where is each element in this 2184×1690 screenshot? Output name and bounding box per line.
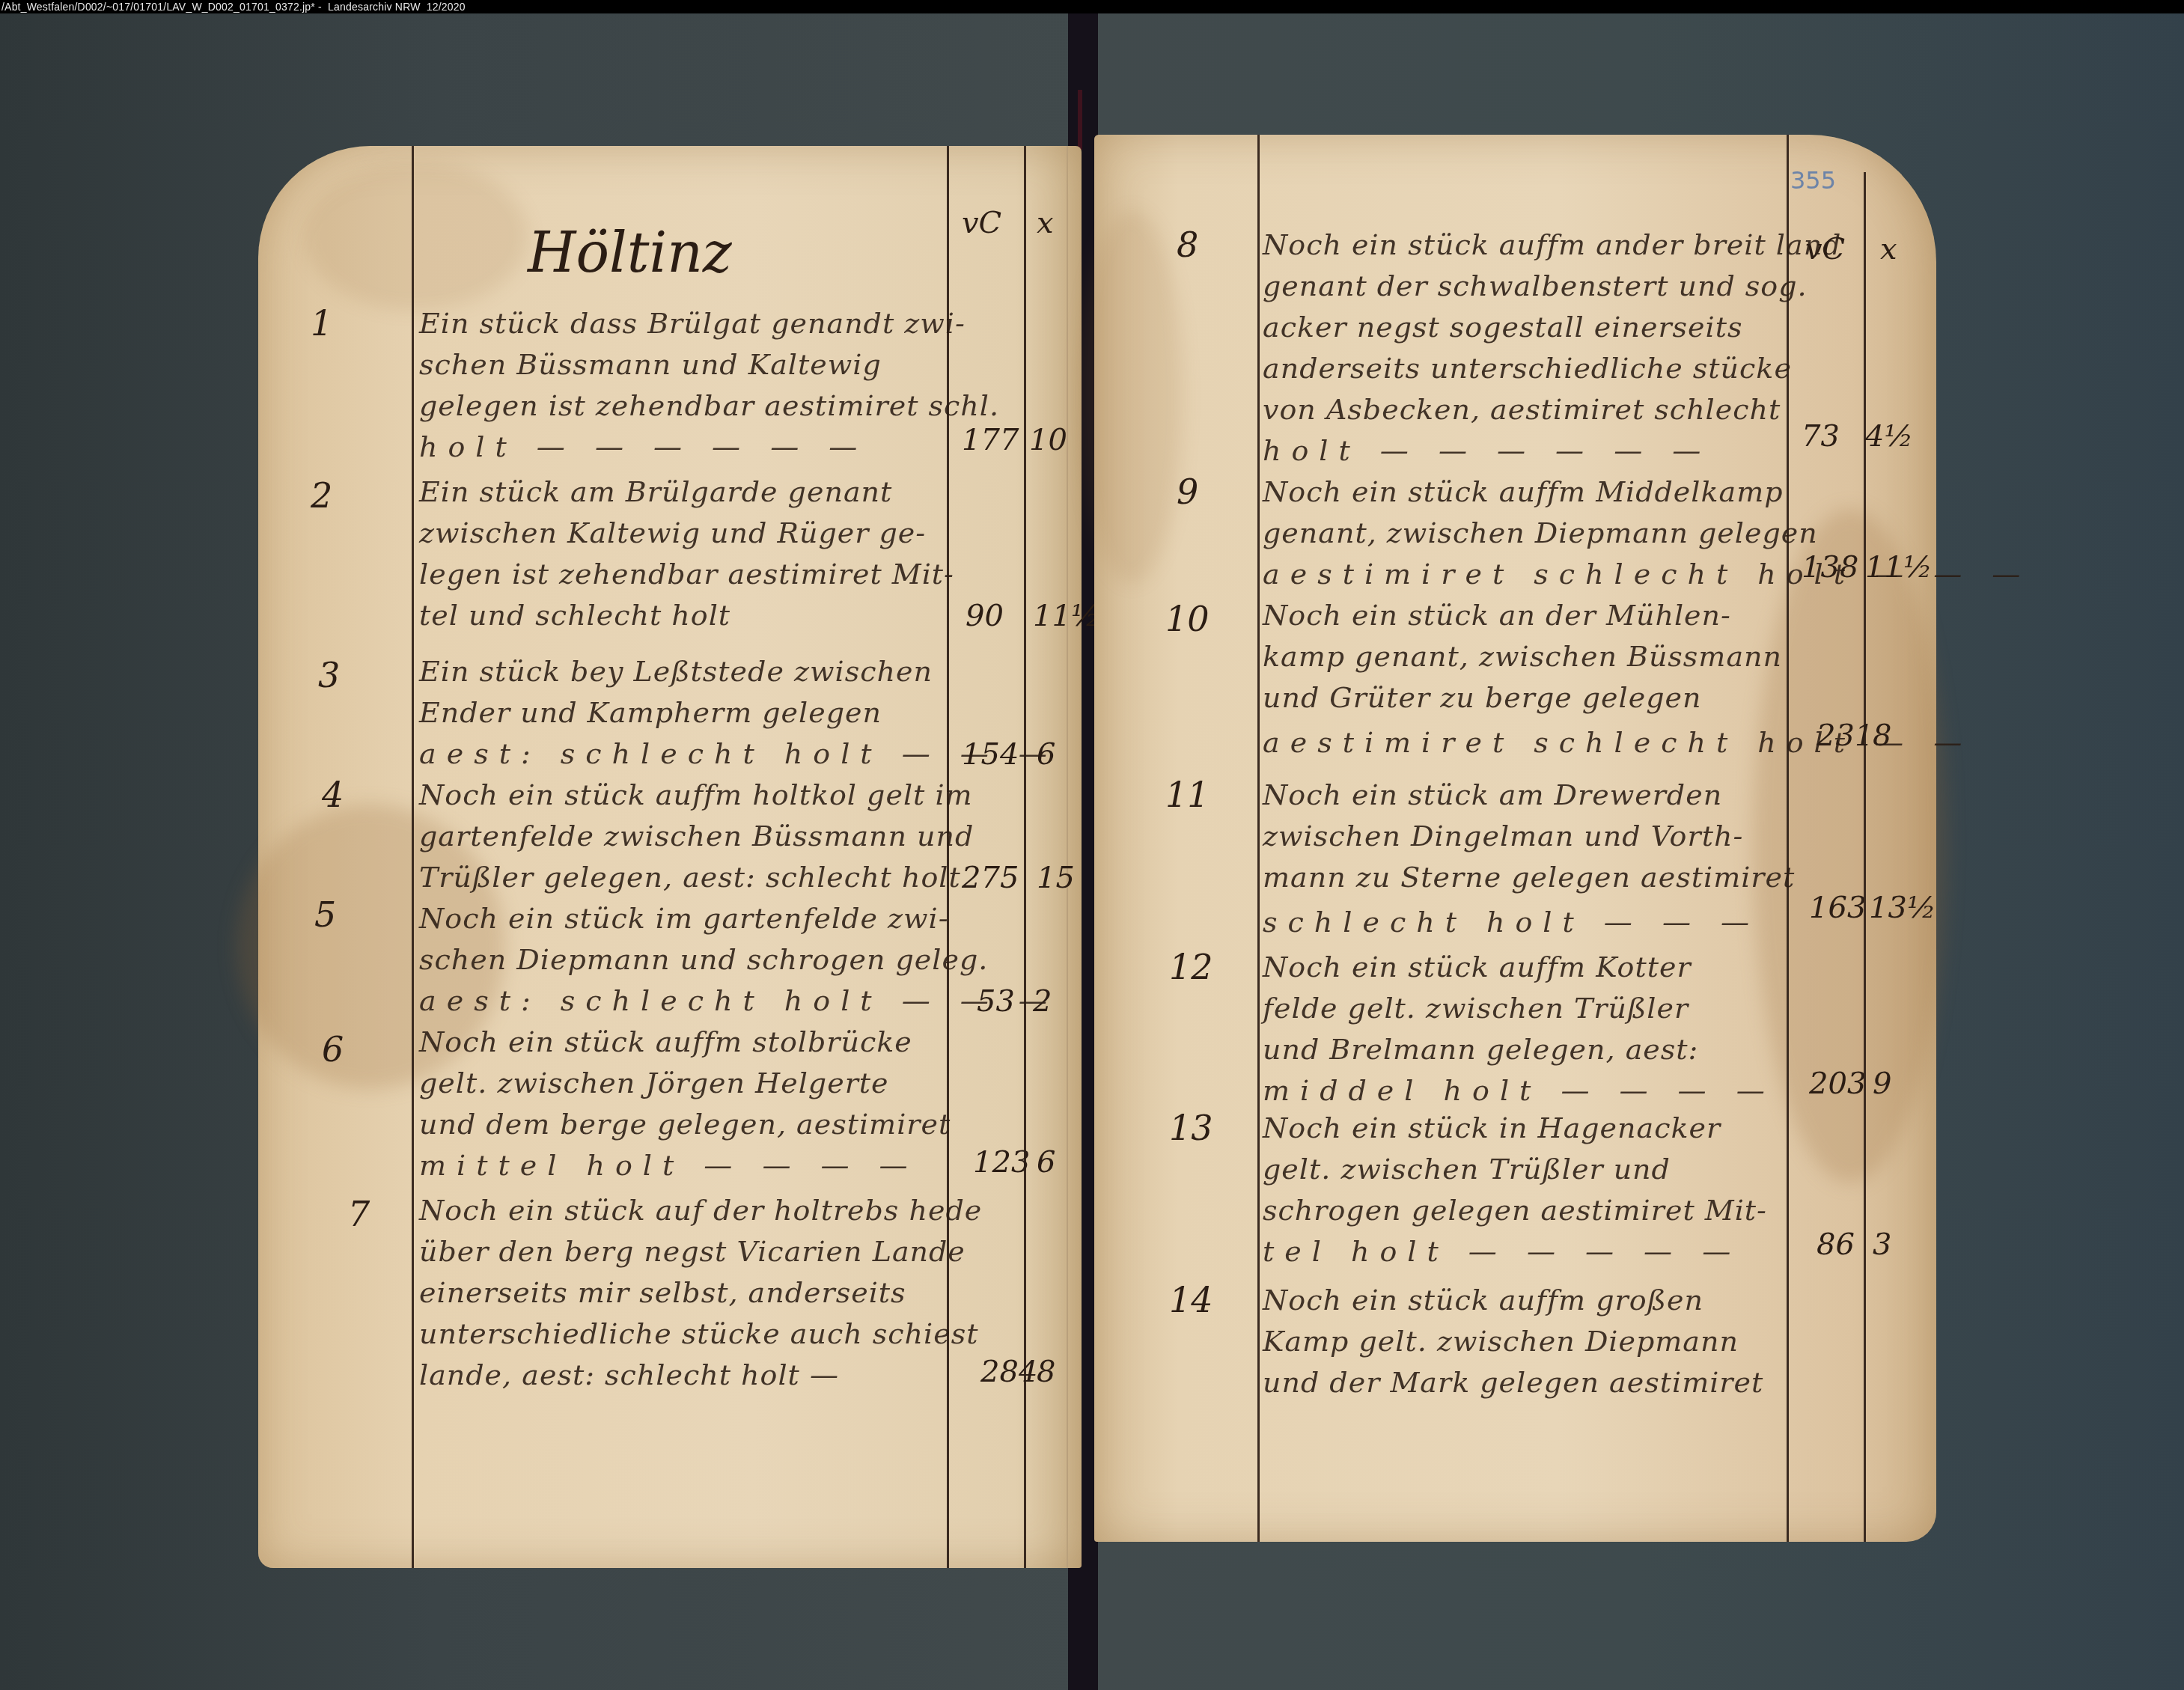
- entry-value-b: 3: [1873, 1227, 1891, 1262]
- entry-line: anderseits unterschiedliche stücke: [1263, 352, 1792, 385]
- entry-value-a: 90: [966, 599, 1004, 633]
- entry-line: holt — — — — — —: [419, 430, 867, 463]
- entry-value-b: 11½: [1865, 550, 1933, 585]
- entry-value-a: 123: [973, 1145, 1030, 1180]
- entry-line: und dem berge gelegen, aestimiret: [419, 1108, 951, 1141]
- window-title: /Abt_Westfalen/D002/~017/01701/LAV_W_D00…: [1, 1, 466, 13]
- entry-number: 12: [1169, 947, 1213, 987]
- entry-line: Noch ein stück im gartenfelde zwi-: [419, 902, 949, 935]
- entry-line: mann zu Sterne gelegen aestimiret: [1263, 861, 1795, 894]
- window-title-bar: /Abt_Westfalen/D002/~017/01701/LAV_W_D00…: [0, 0, 2184, 13]
- entry-value-b: 6: [1037, 737, 1055, 772]
- entry-line: Trüßler gelegen, aest: schlecht holt: [419, 861, 961, 894]
- entry-line: schen Diepmann und schrogen geleg.: [419, 943, 988, 976]
- entry-value-a: 86: [1817, 1227, 1855, 1262]
- entry-line: acker negst sogestall einerseits: [1263, 311, 1743, 344]
- entry-value-a: 163: [1809, 891, 1866, 925]
- entry-number: 8: [1177, 225, 1198, 265]
- entry-value-b: 9: [1873, 1067, 1891, 1101]
- entry-line: Noch ein stück am Drewerden: [1263, 778, 1722, 811]
- entry-value-b: 13½: [1869, 891, 1936, 925]
- entry-line: tel holt — — — — —: [1263, 1235, 1741, 1268]
- entry-number: 9: [1177, 472, 1198, 512]
- entry-line: Noch ein stück auffm holtkol gelt im: [419, 778, 973, 811]
- column-rule: [947, 146, 949, 1568]
- entry-line: Noch ein stück auffm großen: [1263, 1284, 1703, 1317]
- entry-line: genant, zwischen Diepmann gelegen: [1263, 516, 1818, 549]
- folio-number: 355: [1790, 166, 1836, 195]
- margin-rule: [412, 146, 414, 1568]
- entry-number: 11: [1165, 775, 1210, 815]
- entry-value-b: 2: [1033, 984, 1052, 1019]
- spine-binding-thread: [1078, 90, 1082, 150]
- entry-number: 13: [1169, 1108, 1213, 1148]
- entry-number: 6: [322, 1029, 344, 1070]
- entry-value-b: 10: [1029, 423, 1067, 457]
- entry-line: lande, aest: schlecht holt —: [419, 1358, 839, 1391]
- entry-line: mittel holt — — — —: [419, 1149, 918, 1182]
- entry-number: 5: [314, 894, 336, 935]
- left-page: Höltinz vC x 1 Ein stück dass Brülgat ge…: [258, 146, 1082, 1568]
- entry-line: und Grüter zu berge gelegen: [1263, 681, 1702, 714]
- entry-number: 10: [1165, 599, 1210, 639]
- entry-line: aest: schlecht holt — — —: [419, 984, 1058, 1017]
- entry-value-b: 6: [1037, 1145, 1055, 1180]
- entry-line: tel und schlecht holt: [419, 599, 730, 632]
- entry-line: Ein stück dass Brülgat genandt zwi-: [419, 307, 966, 340]
- entry-line: holt — — — — — —: [1263, 434, 1711, 467]
- entry-line: Noch ein stück in Hagenacker: [1263, 1111, 1721, 1144]
- entry-line: schrogen gelegen aestimiret Mit-: [1263, 1194, 1767, 1227]
- entry-number: 14: [1169, 1280, 1213, 1320]
- entry-value-a: 138: [1802, 550, 1858, 585]
- entry-line: einerseits mir selbst, anderseits: [419, 1276, 906, 1309]
- column-header: x: [1037, 206, 1054, 240]
- entry-value-b: 8: [1873, 719, 1891, 753]
- entry-line: felde gelt. zwischen Trüßler: [1263, 992, 1689, 1025]
- page-heading: Höltinz: [528, 221, 732, 285]
- entry-line: zwischen Kaltewig und Rüger ge-: [419, 516, 926, 549]
- entry-number: 7: [348, 1194, 370, 1234]
- entry-number: 2: [311, 475, 332, 516]
- entry-number: 1: [311, 303, 332, 344]
- entry-value-a: 275: [962, 861, 1019, 895]
- entry-line: Ender und Kampherm gelegen: [419, 696, 882, 729]
- entry-line: unterschiedliche stücke auch schiest: [419, 1317, 978, 1350]
- entry-value-b: 8: [1037, 1355, 1055, 1389]
- entry-line: gelt. zwischen Trüßler und: [1263, 1153, 1671, 1186]
- water-stain: [303, 161, 528, 311]
- entry-value-a: 154: [962, 737, 1019, 772]
- entry-line: Ein stück bey Leßtstede zwischen: [419, 655, 933, 688]
- entry-line: schen Büssmann und Kaltewig: [419, 348, 882, 381]
- entry-line: Noch ein stück auffm Kotter: [1263, 951, 1692, 983]
- column-header: vC: [962, 206, 1001, 240]
- entry-number: 3: [318, 655, 340, 695]
- entry-line: Ein stück am Brülgarde genant: [419, 475, 892, 508]
- entry-value-a: 231: [1817, 719, 1873, 753]
- entry-line: gelegen ist zehendbar aestimiret schl.: [419, 389, 999, 422]
- entry-line: Noch ein stück auffm stolbrücke: [419, 1025, 912, 1058]
- entry-number: 4: [322, 775, 344, 815]
- margin-rule: [1257, 135, 1260, 1542]
- gutter-edge: [1067, 146, 1068, 1568]
- entry-line: zwischen Dingelman und Vorth-: [1263, 820, 1743, 852]
- entry-line: legen ist zehendbar aestimiret Mit-: [419, 558, 954, 591]
- entry-line: Noch ein stück auffm ander breit land: [1263, 228, 1841, 261]
- entry-line: Noch ein stück auf der holtrebs hede: [419, 1194, 982, 1227]
- entry-line: genant der schwalbenstert und sog.: [1263, 269, 1808, 302]
- entry-line: von Asbecken, aestimiret schlecht: [1263, 393, 1781, 426]
- column-rule: [1864, 172, 1866, 1542]
- entry-line: kamp genant, zwischen Büssmann: [1263, 640, 1782, 673]
- entry-value-b: 4½: [1865, 419, 1913, 454]
- water-stain: [1079, 210, 1184, 584]
- entry-line: Kamp gelt. zwischen Diepmann: [1263, 1325, 1739, 1358]
- column-header: x: [1880, 232, 1897, 266]
- entry-value-a: 53: [977, 984, 1015, 1019]
- entry-line: Noch ein stück an der Mühlen-: [1263, 599, 1731, 632]
- right-page: 355 vC x 8 Noch ein stück auffm ander br…: [1094, 135, 1936, 1542]
- entry-line: gelt. zwischen Jörgen Helgerte: [419, 1067, 889, 1099]
- entry-line: und der Mark gelegen aestimiret: [1263, 1366, 1763, 1399]
- entry-value-a: 203: [1809, 1067, 1866, 1101]
- entry-line: gartenfelde zwischen Büssmann und: [419, 820, 974, 852]
- entry-line: middel holt — — — —: [1263, 1074, 1775, 1107]
- entry-line: schlecht holt — — —: [1263, 906, 1760, 939]
- entry-line: über den berg negst Vicarien Lande: [419, 1235, 966, 1268]
- entry-value-b: 11½: [1033, 599, 1100, 633]
- entry-line: Noch ein stück auffm Middelkamp: [1263, 475, 1784, 508]
- entry-value-a: 73: [1802, 419, 1840, 454]
- column-rule: [1787, 135, 1789, 1542]
- entry-value-a: 284: [980, 1355, 1037, 1389]
- entry-line: und Brelmann gelegen, aest:: [1263, 1033, 1698, 1066]
- entry-value-b: 15: [1037, 861, 1075, 895]
- entry-value-a: 177: [962, 423, 1019, 457]
